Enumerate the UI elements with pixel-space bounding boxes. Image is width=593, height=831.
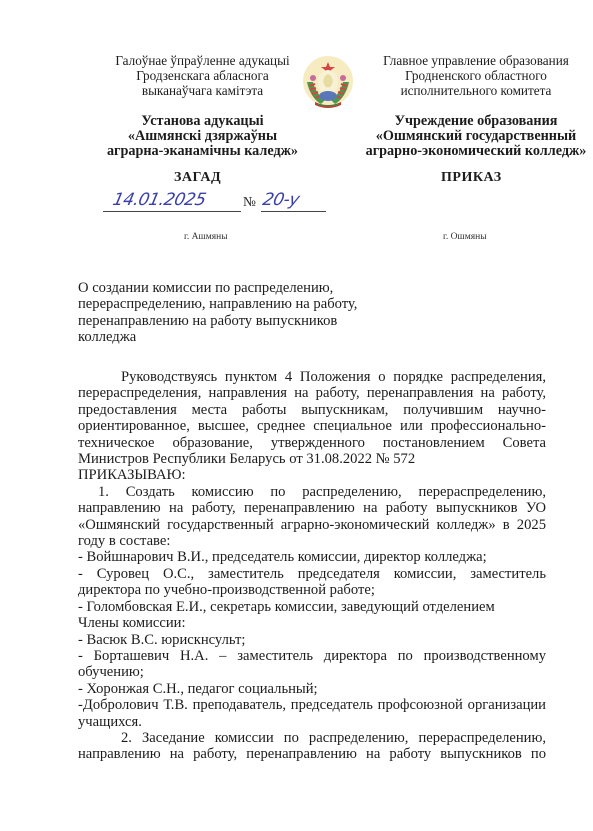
- authority-line: Гродзенскага абласнога: [90, 68, 315, 83]
- order-number: 20-у: [261, 190, 301, 210]
- order-subject: О создании комиссии по распределению, пе…: [78, 280, 378, 345]
- date-underline: [103, 211, 241, 212]
- member-line: - Борташевич Н.А. – заместитель директор…: [78, 648, 546, 681]
- institution-line: аграрно-экономический колледж»: [362, 144, 590, 159]
- header-left-belarusian: Галоўнае ўпраўленне адукацыі Гродзенскаг…: [90, 53, 315, 159]
- preamble-paragraph: Руководствуясь пунктом 4 Положения о пор…: [78, 369, 546, 467]
- authority-line: Главное управление образования: [362, 53, 590, 68]
- order-date: 14.01.2025: [111, 190, 208, 210]
- subject-line: О создании комиссии по распределению,: [78, 280, 378, 296]
- institution-line: Учреждение образования: [362, 114, 590, 129]
- city-russian: г. Ошмяны: [443, 232, 487, 242]
- member-line: - Васюк В.С. юрискнсульт;: [78, 632, 546, 648]
- order-body: Руководствуясь пунктом 4 Положения о пор…: [78, 369, 546, 763]
- member-line: - Хоронжая С.Н., педагог социальный;: [78, 681, 546, 697]
- authority-line: выканаўчага камітэта: [90, 83, 315, 98]
- subject-line: перенаправлению на работу выпускников: [78, 313, 378, 329]
- members-label: Члены комиссии:: [78, 615, 546, 631]
- item-2-paragraph: 2. Заседание комиссии по распределению, …: [78, 730, 546, 763]
- subject-line: перераспределению, направлению на работу…: [78, 296, 378, 312]
- item-1-paragraph: 1. Создать комиссию по распределению, пе…: [78, 484, 546, 550]
- order-word: ПРИКАЗЫВАЮ:: [78, 467, 546, 483]
- order-date-number: 14.01.2025 № 20-у: [103, 190, 323, 216]
- number-sign: №: [243, 194, 256, 210]
- header-right-russian: Главное управление образования Гродненск…: [362, 53, 590, 159]
- authority-line: Галоўнае ўпраўленне адукацыі: [90, 53, 315, 68]
- city-belarusian: г. Ашмяны: [184, 232, 228, 242]
- institution-line: «Ошмянский государственный: [362, 129, 590, 144]
- doc-type-belarusian: ЗАГАД: [174, 170, 221, 186]
- state-emblem-icon: [301, 52, 355, 110]
- number-underline: [261, 211, 326, 212]
- authority-line: Гродненского областного: [362, 68, 590, 83]
- institution-line: Установа адукацыі: [90, 114, 315, 129]
- chair-line: - Войшнарович В.И., председатель комисси…: [78, 549, 546, 565]
- secretary-line: - Голомбовская Е.И., секретарь комиссии,…: [78, 599, 546, 615]
- institution-line: «Ашмянскі дзяржаўны: [90, 129, 315, 144]
- doc-type-russian: ПРИКАЗ: [441, 170, 502, 186]
- vice-chair-line: - Суровец О.С., заместитель председателя…: [78, 566, 546, 599]
- authority-line: исполнительного комитета: [362, 83, 590, 98]
- institution-line: аграрна-эканамічны каледж»: [90, 144, 315, 159]
- subject-line: колледжа: [78, 329, 378, 345]
- member-line: -Добролович Т.В. преподаватель, председа…: [78, 697, 546, 730]
